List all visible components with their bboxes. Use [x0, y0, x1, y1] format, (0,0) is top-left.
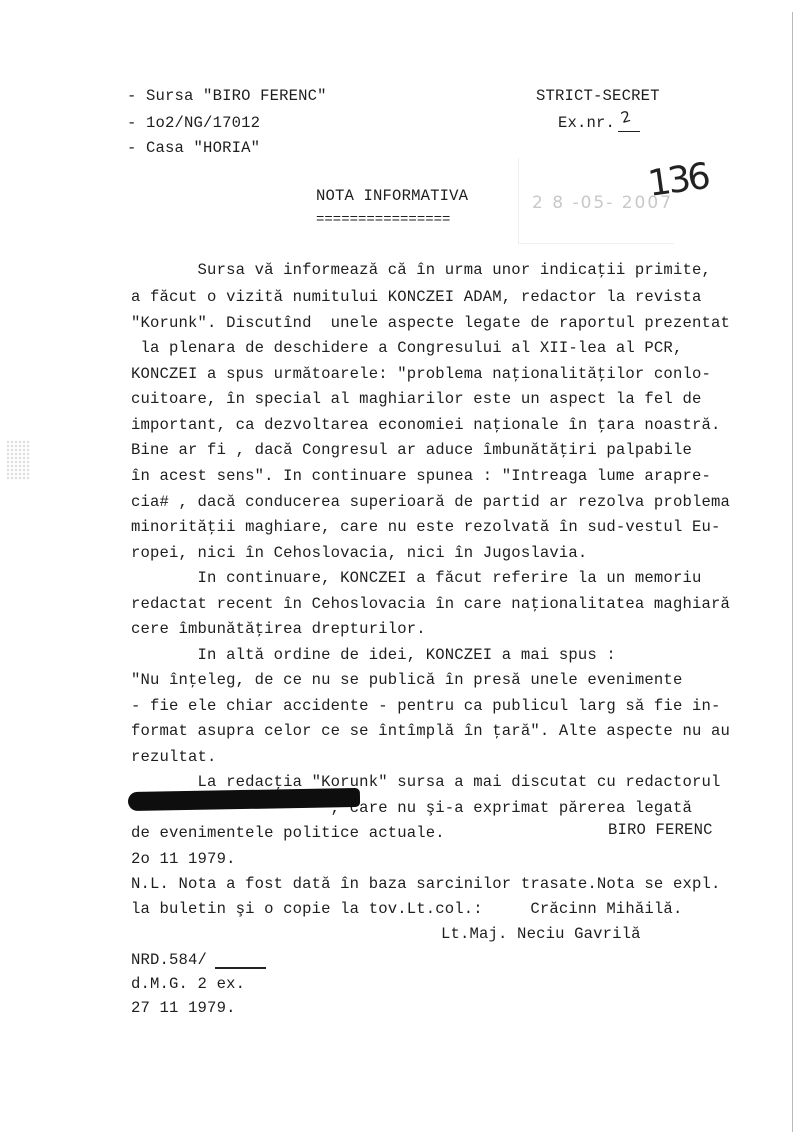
signature: BIRO FERENC	[608, 823, 713, 839]
registry-date: 27 11 1979.	[131, 1001, 236, 1017]
body-line: minorităţii maghiare, care nu este rezol…	[131, 520, 720, 536]
body-line: La redacţia "Korunk" sursa a mai discuta…	[131, 775, 720, 791]
body-line: cuitoare, în special al maghiarilor este…	[131, 392, 701, 408]
scan-speckle	[6, 440, 30, 480]
redaction-mark	[128, 788, 360, 811]
body-line: "Korunk". Discutînd unele aspecte legate…	[131, 316, 730, 332]
source-code-line: - 1o2/NG/17012	[127, 116, 260, 132]
document-title: NOTA INFORMATIVA	[316, 189, 468, 205]
body-line: la plenara de deschidere a Congresului a…	[131, 341, 682, 357]
body-line: Bine ar fi , dacă Congresul ar aduce îmb…	[131, 443, 692, 459]
classification-label: STRICT-SECRET	[536, 89, 660, 105]
body-line: format asupra celor ce se întîmplă în ţa…	[131, 724, 730, 740]
report-date: 2o 11 1979.	[131, 852, 236, 868]
body-line: Sursa vă informează că în urma unor indi…	[131, 263, 711, 279]
body-line: de evenimentele politice actuale.	[131, 826, 445, 842]
house-line: - Casa "HORIA"	[127, 141, 260, 157]
body-line: In altă ordine de idei, KONCZEI a mai sp…	[131, 648, 616, 664]
note-line: N.L. Nota a fost dată în baza sarcinilor…	[131, 877, 720, 893]
body-line: ropei, nici în Cehoslovacia, nici în Jug…	[131, 546, 587, 562]
body-line: KONCZEI a spus următoarele: "problema na…	[131, 367, 711, 383]
body-line: cere îmbunătăţirea drepturilor.	[131, 622, 426, 638]
body-line: rezultat.	[131, 750, 217, 766]
note-line: la buletin şi o copie la tov.Lt.col.: Cr…	[131, 902, 682, 918]
registry-underline	[215, 967, 266, 969]
copy-number-underline	[618, 131, 640, 132]
page-edge-line	[792, 12, 793, 1132]
copy-number-handwritten: 2	[619, 107, 633, 127]
distribution-line: d.M.G. 2 ex.	[131, 977, 245, 993]
officer-signature: Lt.Maj. Neciu Gavrilă	[441, 927, 641, 943]
body-line: important, ca dezvoltarea economiei naţi…	[131, 418, 720, 434]
registry-number: NRD.584/	[131, 953, 207, 969]
source-line: - Sursa "BIRO FERENC"	[127, 89, 327, 105]
body-line: cia# , dacă conducerea superioară de par…	[131, 495, 730, 511]
title-underline: ================	[316, 213, 450, 227]
body-line: - fie ele chiar accidente - pentru ca pu…	[131, 699, 720, 715]
page-number-handwritten: 136	[645, 156, 710, 205]
body-line: în acest sens". In continuare spunea : "…	[131, 469, 711, 485]
body-line: "Nu înţeleg, de ce nu se publică în pres…	[131, 673, 682, 689]
body-line: redactat recent în Cehoslovacia în care …	[131, 597, 730, 613]
body-line: a făcut o vizită numitului KONCZEI ADAM,…	[131, 290, 701, 306]
copy-number-label: Ex.nr.	[558, 116, 615, 132]
body-line: In continuare, KONCZEI a făcut referire …	[131, 571, 701, 587]
